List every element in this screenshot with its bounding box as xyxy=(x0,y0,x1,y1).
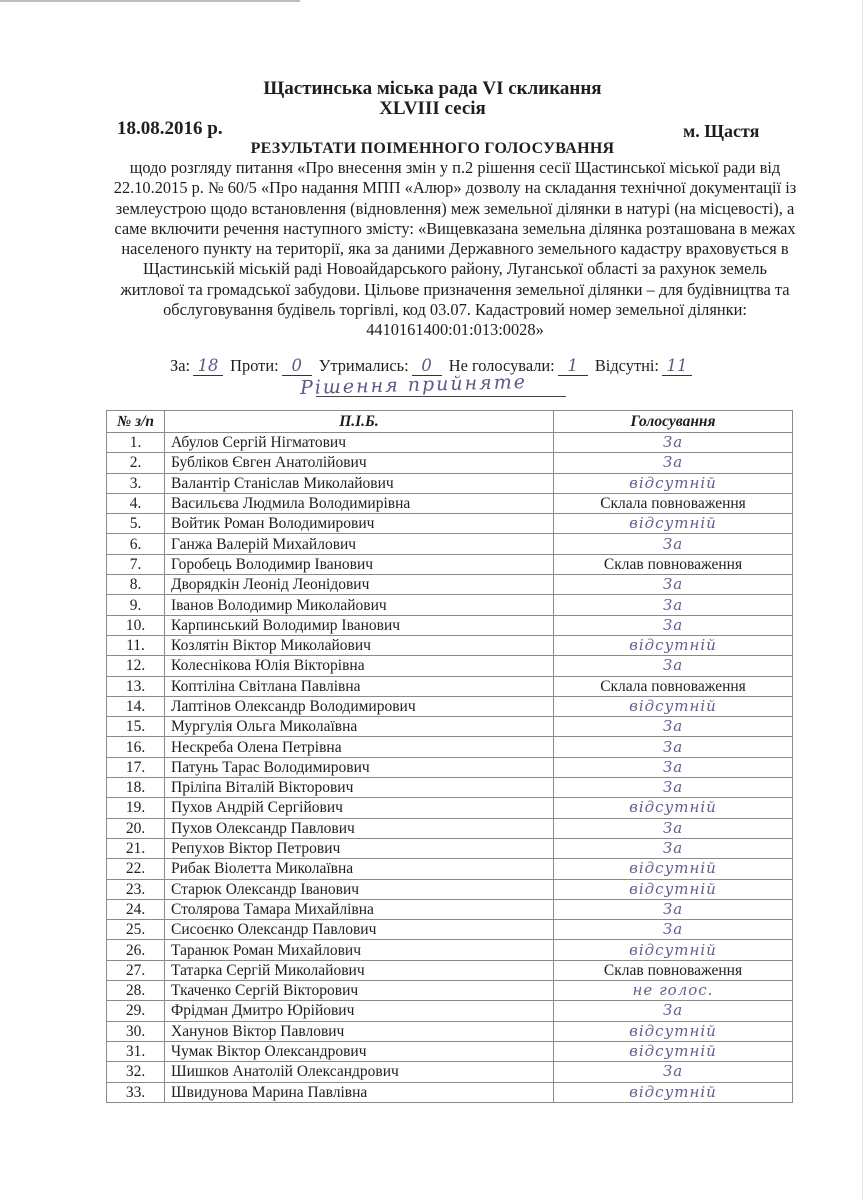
table-row: 12.Колеснікова Юлія ВікторівнаЗа xyxy=(107,656,793,676)
member-name: Пухов Олександр Павлович xyxy=(165,818,554,838)
member-vote: За xyxy=(554,595,793,615)
row-number: 14. xyxy=(107,696,165,716)
row-number: 17. xyxy=(107,757,165,777)
tally-for-value: 18 xyxy=(193,356,223,376)
table-row: 26.Таранюк Роман Михайловичвідсутній xyxy=(107,940,793,960)
tally-for-label: За: xyxy=(170,356,190,375)
row-number: 2. xyxy=(107,453,165,473)
table-header-row: № з/п П.І.Б. Голосування xyxy=(107,411,793,433)
member-vote: За xyxy=(554,757,793,777)
table-row: 19.Пухов Андрій Сергійовичвідсутній xyxy=(107,798,793,818)
member-vote: За xyxy=(554,818,793,838)
tally-not-voted-value: 1 xyxy=(558,356,588,376)
member-vote: За xyxy=(554,838,793,858)
row-number: 10. xyxy=(107,615,165,635)
member-vote: відсутній xyxy=(554,696,793,716)
member-vote: відсутній xyxy=(554,1021,793,1041)
member-vote: відсутній xyxy=(554,940,793,960)
member-vote: відсутній xyxy=(554,514,793,534)
member-vote: відсутній xyxy=(554,473,793,493)
member-name: Татарка Сергій Миколайович xyxy=(165,960,554,980)
table-row: 6.Ганжа Валерій МихайловичЗа xyxy=(107,534,793,554)
member-vote: Склала повноваження xyxy=(554,493,793,513)
row-number: 24. xyxy=(107,899,165,919)
member-name: Нескреба Олена Петрівна xyxy=(165,737,554,757)
member-name: Столярова Тамара Михайлівна xyxy=(165,899,554,919)
member-vote: За xyxy=(554,575,793,595)
member-vote: За xyxy=(554,534,793,554)
member-name: Рибак Віолетта Миколаївна xyxy=(165,859,554,879)
member-name: Ткаченко Сергій Вікторович xyxy=(165,981,554,1001)
row-number: 4. xyxy=(107,493,165,513)
row-number: 13. xyxy=(107,676,165,696)
tally-absent-value: 11 xyxy=(662,356,692,376)
member-name: Абулов Сергій Нігматович xyxy=(165,433,554,453)
row-number: 5. xyxy=(107,514,165,534)
table-row: 29.Фрідман Дмитро ЮрійовичЗа xyxy=(107,1001,793,1021)
row-number: 32. xyxy=(107,1062,165,1082)
table-row: 25.Сисоєнко Олександр ПавловичЗа xyxy=(107,920,793,940)
member-vote: За xyxy=(554,453,793,473)
row-number: 29. xyxy=(107,1001,165,1021)
row-number: 28. xyxy=(107,981,165,1001)
row-number: 30. xyxy=(107,1021,165,1041)
results-title: РЕЗУЛЬТАТИ ПОІМЕННОГО ГОЛОСУВАННЯ xyxy=(0,140,865,158)
header-vote: Голосування xyxy=(554,411,793,433)
table-row: 16.Нескреба Олена ПетрівнаЗа xyxy=(107,737,793,757)
table-row: 11.Козлятін Віктор Миколайовичвідсутній xyxy=(107,635,793,655)
member-vote: не голос. xyxy=(554,981,793,1001)
member-name: Карпинський Володимир Іванович xyxy=(165,615,554,635)
member-name: Пухов Андрій Сергійович xyxy=(165,798,554,818)
table-row: 31.Чумак Віктор Олександровичвідсутній xyxy=(107,1041,793,1061)
row-number: 33. xyxy=(107,1082,165,1102)
row-number: 9. xyxy=(107,595,165,615)
row-number: 23. xyxy=(107,879,165,899)
member-name: Старюк Олександр Іванович xyxy=(165,879,554,899)
row-number: 26. xyxy=(107,940,165,960)
table-row: 23.Старюк Олександр Івановичвідсутній xyxy=(107,879,793,899)
member-name: Ханунов Віктор Павлович xyxy=(165,1021,554,1041)
scan-edge-top xyxy=(0,0,300,2)
table-row: 13.Коптіліна Світлана ПавлівнаСклала пов… xyxy=(107,676,793,696)
table-row: 27.Татарка Сергій МиколайовичСклав повно… xyxy=(107,960,793,980)
table-row: 1.Абулов Сергій НігматовичЗа xyxy=(107,433,793,453)
member-name: Шишков Анатолій Олександрович xyxy=(165,1062,554,1082)
decision-handwritten: Рішення прийняте xyxy=(300,371,527,399)
member-vote: За xyxy=(554,1001,793,1021)
table-row: 8.Дворядкін Леонід ЛеонідовичЗа xyxy=(107,575,793,595)
member-name: Чумак Віктор Олександрович xyxy=(165,1041,554,1061)
scan-edge-right xyxy=(862,0,863,1200)
member-name: Войтик Роман Володимирович xyxy=(165,514,554,534)
session-title: XLVIII сесія xyxy=(0,98,865,120)
row-number: 25. xyxy=(107,920,165,940)
member-name: Лаптінов Олександр Володимирович xyxy=(165,696,554,716)
roll-call-table: № з/п П.І.Б. Голосування 1.Абулов Сергій… xyxy=(106,410,793,1103)
member-vote: За xyxy=(554,1062,793,1082)
member-vote: відсутній xyxy=(554,879,793,899)
row-number: 22. xyxy=(107,859,165,879)
table-row: 5.Войтик Роман Володимировичвідсутній xyxy=(107,514,793,534)
council-title: Щастинська міська рада VI скликання xyxy=(0,78,865,100)
table-row: 28.Ткаченко Сергій Вікторовичне голос. xyxy=(107,981,793,1001)
member-vote: Склала повноваження xyxy=(554,676,793,696)
member-name: Бубліков Євген Анатолійович xyxy=(165,453,554,473)
tally-against-value: 0 xyxy=(282,356,312,376)
member-name: Колеснікова Юлія Вікторівна xyxy=(165,656,554,676)
tally-against-label: Проти: xyxy=(230,356,279,375)
table-row: 18.Пріліпа Віталій ВікторовичЗа xyxy=(107,778,793,798)
tally-abstained-label: Утримались: xyxy=(319,356,409,375)
table-row: 24.Столярова Тамара МихайлівнаЗа xyxy=(107,899,793,919)
table-row: 7.Горобець Володимир ІвановичСклав повно… xyxy=(107,554,793,574)
member-name: Таранюк Роман Михайлович xyxy=(165,940,554,960)
agenda-text: щодо розгляду питання «Про внесення змін… xyxy=(110,158,800,341)
member-vote: За xyxy=(554,737,793,757)
table-row: 33.Швидунова Марина Павлівнавідсутній xyxy=(107,1082,793,1102)
table-row: 9.Іванов Володимир МиколайовичЗа xyxy=(107,595,793,615)
table-row: 10.Карпинський Володимир ІвановичЗа xyxy=(107,615,793,635)
member-vote: За xyxy=(554,615,793,635)
row-number: 27. xyxy=(107,960,165,980)
header-name: П.І.Б. xyxy=(165,411,554,433)
member-vote: За xyxy=(554,717,793,737)
member-vote: відсутній xyxy=(554,635,793,655)
member-name: Ганжа Валерій Михайлович xyxy=(165,534,554,554)
row-number: 18. xyxy=(107,778,165,798)
row-number: 7. xyxy=(107,554,165,574)
table-row: 4.Васильєва Людмила ВолодимирівнаСклала … xyxy=(107,493,793,513)
table-row: 15.Мургулія Ольга МиколаївнаЗа xyxy=(107,717,793,737)
table-row: 22.Рибак Віолетта Миколаївнавідсутній xyxy=(107,859,793,879)
member-vote: За xyxy=(554,920,793,940)
row-number: 21. xyxy=(107,838,165,858)
row-number: 31. xyxy=(107,1041,165,1061)
table-row: 30.Ханунов Віктор Павловичвідсутній xyxy=(107,1021,793,1041)
member-name: Коптіліна Світлана Павлівна xyxy=(165,676,554,696)
member-name: Фрідман Дмитро Юрійович xyxy=(165,1001,554,1021)
table-row: 14.Лаптінов Олександр Володимировичвідсу… xyxy=(107,696,793,716)
member-name: Горобець Володимир Іванович xyxy=(165,554,554,574)
table-row: 2.Бубліков Євген АнатолійовичЗа xyxy=(107,453,793,473)
row-number: 19. xyxy=(107,798,165,818)
row-number: 15. xyxy=(107,717,165,737)
member-name: Репухов Віктор Петрович xyxy=(165,838,554,858)
table-row: 20.Пухов Олександр ПавловичЗа xyxy=(107,818,793,838)
tally-absent-label: Відсутні: xyxy=(595,356,659,375)
member-vote: відсутній xyxy=(554,859,793,879)
member-name: Дворядкін Леонід Леонідович xyxy=(165,575,554,595)
table-row: 17.Патунь Тарас ВолодимировичЗа xyxy=(107,757,793,777)
member-name: Валантір Станіслав Миколайович xyxy=(165,473,554,493)
row-number: 8. xyxy=(107,575,165,595)
table-row: 21.Репухов Віктор ПетровичЗа xyxy=(107,838,793,858)
member-vote: За xyxy=(554,433,793,453)
member-name: Сисоєнко Олександр Павлович xyxy=(165,920,554,940)
table-row: 32.Шишков Анатолій ОлександровичЗа xyxy=(107,1062,793,1082)
member-vote: відсутній xyxy=(554,1082,793,1102)
member-name: Васильєва Людмила Володимирівна xyxy=(165,493,554,513)
row-number: 11. xyxy=(107,635,165,655)
row-number: 3. xyxy=(107,473,165,493)
row-number: 6. xyxy=(107,534,165,554)
row-number: 1. xyxy=(107,433,165,453)
document-city: м. Щастя xyxy=(683,121,759,142)
header-number: № з/п xyxy=(107,411,165,433)
member-name: Іванов Володимир Миколайович xyxy=(165,595,554,615)
table-row: 3.Валантір Станіслав Миколайовичвідсутні… xyxy=(107,473,793,493)
member-name: Козлятін Віктор Миколайович xyxy=(165,635,554,655)
member-vote: За xyxy=(554,899,793,919)
row-number: 16. xyxy=(107,737,165,757)
member-name: Патунь Тарас Володимирович xyxy=(165,757,554,777)
member-vote: відсутній xyxy=(554,1041,793,1061)
member-name: Пріліпа Віталій Вікторович xyxy=(165,778,554,798)
member-name: Мургулія Ольга Миколаївна xyxy=(165,717,554,737)
member-name: Швидунова Марина Павлівна xyxy=(165,1082,554,1102)
member-vote: Склав повноваження xyxy=(554,960,793,980)
decision-underline xyxy=(316,396,566,397)
row-number: 20. xyxy=(107,818,165,838)
member-vote: За xyxy=(554,656,793,676)
document-date: 18.08.2016 р. xyxy=(117,118,223,140)
member-vote: За xyxy=(554,778,793,798)
member-vote: відсутній xyxy=(554,798,793,818)
member-vote: Склав повноваження xyxy=(554,554,793,574)
row-number: 12. xyxy=(107,656,165,676)
